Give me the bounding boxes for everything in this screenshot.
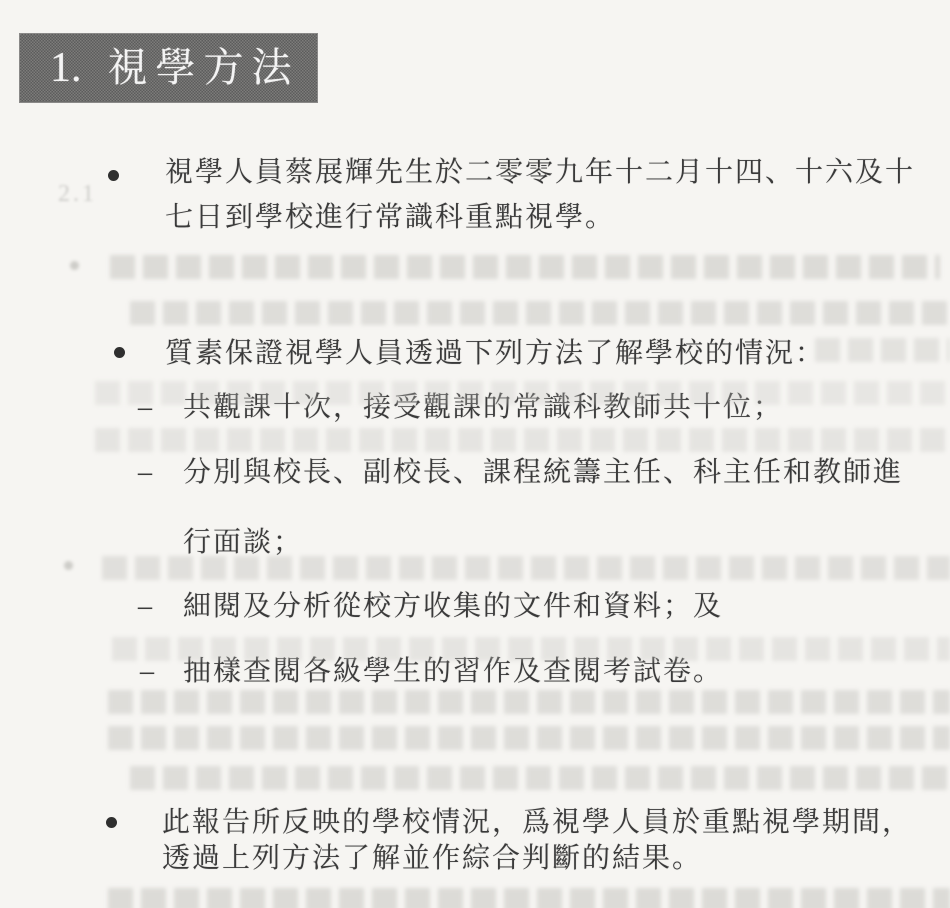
list-item-line: 共觀課十次，接受觀課的常識科教師共十位； bbox=[183, 391, 783, 425]
paragraph-line: 透過上列方法了解並作綜合判斷的結果。 bbox=[162, 842, 702, 876]
list-item-line: 分別與校長、副校長、課程統籌主任、科主任和教師進 bbox=[183, 456, 903, 490]
bleedthrough-section-number: 2.1 bbox=[58, 181, 97, 208]
bleedthrough-text-ghost bbox=[815, 338, 950, 362]
bleedthrough-text-ghost bbox=[130, 301, 950, 325]
bleedthrough-bullet-ghost bbox=[70, 261, 79, 270]
list-dash-marker: – bbox=[138, 590, 152, 624]
list-item-line: 抽樣查閱各級學生的習作及查閱考試卷。 bbox=[183, 655, 723, 689]
section-title: 視學方法 bbox=[108, 48, 300, 88]
list-dash-marker: – bbox=[138, 391, 152, 425]
section-number: 1. bbox=[50, 47, 82, 89]
bleedthrough-text-ghost bbox=[108, 888, 950, 908]
paragraph-line: 視學人員蔡展輝先生於二零零九年十二月十四、十六及十 bbox=[165, 156, 915, 190]
bleedthrough-bullet-ghost bbox=[64, 561, 73, 570]
bleedthrough-text-ghost bbox=[95, 428, 950, 452]
bullet-marker bbox=[106, 817, 117, 828]
bleedthrough-text-ghost bbox=[108, 690, 950, 714]
paragraph-line: 此報告所反映的學校情況，爲視學人員於重點視學期間， bbox=[162, 806, 912, 840]
bullet-marker bbox=[114, 347, 125, 358]
paragraph-line: 質素保證視學人員透過下列方法了解學校的情況： bbox=[165, 337, 825, 371]
bleedthrough-text-ghost bbox=[110, 255, 940, 279]
list-dash-marker: – bbox=[140, 655, 154, 689]
list-dash-marker: – bbox=[138, 456, 152, 490]
bullet-marker bbox=[108, 170, 119, 181]
paragraph-line: 七日到學校進行常識科重點視學。 bbox=[165, 201, 615, 235]
bleedthrough-text-ghost bbox=[130, 766, 950, 790]
list-item-line: 行面談； bbox=[183, 526, 303, 560]
list-item-line: 細閱及分析從校方收集的文件和資料；及 bbox=[183, 590, 723, 624]
section-header: 1. 視學方法 bbox=[20, 34, 317, 102]
bleedthrough-text-ghost bbox=[108, 726, 950, 750]
